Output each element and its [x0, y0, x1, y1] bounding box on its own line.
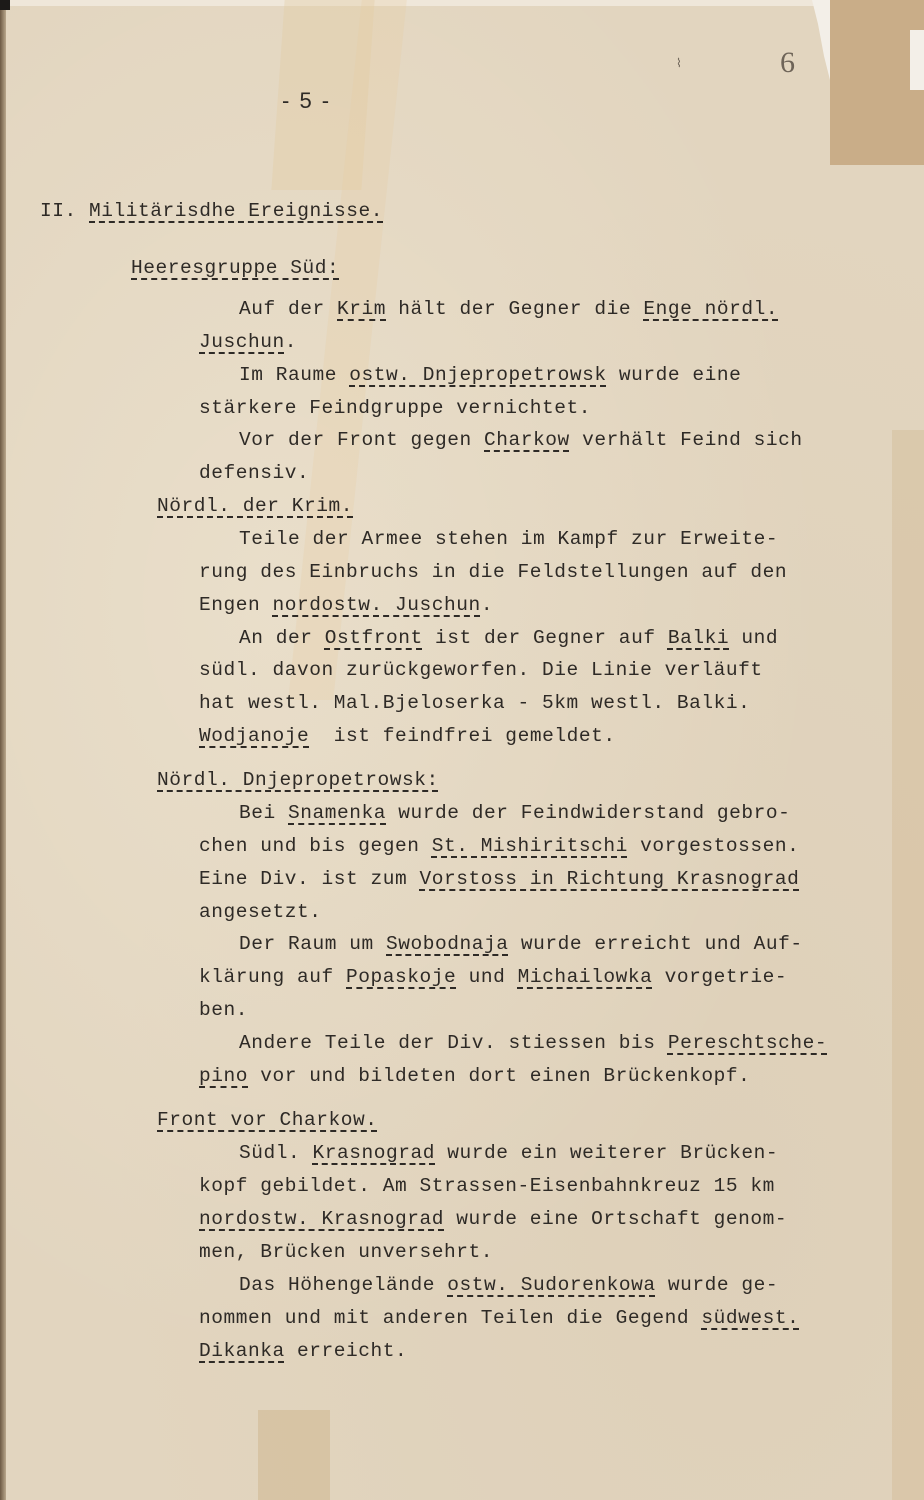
binding-edge — [0, 0, 6, 1500]
text-line: men, Brücken unversehrt. — [199, 1240, 493, 1264]
text-line: hat westl. Mal.Bjeloserka - 5km westl. B… — [199, 691, 750, 715]
text-line: Der Raum um Swobodnaja wurde erreicht un… — [239, 932, 803, 956]
tape-repair — [892, 430, 924, 1500]
text-line: nommen und mit anderen Teilen die Gegend… — [199, 1306, 799, 1330]
text-segment: hält der Gegner die — [386, 298, 643, 320]
text-line: Teile der Armee stehen im Kampf zur Erwe… — [239, 527, 778, 551]
text-line: Auf der Krim hält der Gegner die Enge nö… — [239, 297, 778, 321]
text-line: chen und bis gegen St. Mishiritschi vorg… — [199, 834, 799, 858]
text-segment: Vor der Front gegen — [239, 429, 484, 451]
underlined-text: Wodjanoje — [199, 725, 309, 747]
text-segment: men, Brücken unversehrt. — [199, 1241, 493, 1263]
text-segment: wurde eine Ortschaft genom- — [444, 1208, 787, 1230]
underlined-text: Nördl. Dnjepropetrowsk: — [157, 769, 439, 791]
text-line: An der Ostfront ist der Gegner auf Balki… — [239, 626, 778, 650]
underlined-text: Krasnograd — [313, 1142, 436, 1164]
underlined-text: Krim — [337, 298, 386, 320]
section-number: II. — [40, 200, 89, 222]
text-segment: und — [729, 627, 778, 649]
underlined-text: südwest. — [701, 1307, 799, 1329]
underlined-text: nordostw. Krasnograd — [199, 1208, 444, 1230]
text-segment: Andere Teile der Div. stiessen bis — [239, 1032, 668, 1054]
text-segment: erreicht. — [285, 1340, 408, 1362]
text-line: nordostw. Krasnograd wurde eine Ortschaf… — [199, 1207, 787, 1231]
torn-paper-edge — [910, 30, 924, 90]
page-top-edge — [0, 0, 924, 6]
text-line: Engen nordostw. Juschun. — [199, 593, 493, 617]
text-segment: vorgetrie- — [652, 966, 787, 988]
text-line: Im Raume ostw. Dnjepropetrowsk wurde ein… — [239, 363, 741, 387]
text-segment: südl. davon zurückgeworfen. Die Linie ve… — [199, 659, 763, 681]
text-line: Heeresgruppe Süd: — [131, 256, 339, 280]
underlined-text: ostw. Dnjepropetrowsk — [349, 364, 606, 386]
underlined-text: Dikanka — [199, 1340, 285, 1362]
underlined-text: St. Mishiritschi — [432, 835, 628, 857]
text-segment: Auf der — [239, 298, 337, 320]
text-line: Südl. Krasnograd wurde ein weiterer Brüc… — [239, 1141, 778, 1165]
text-segment: . — [481, 594, 493, 616]
underlined-text: Charkow — [484, 429, 570, 451]
archive-page-number: 6 — [780, 46, 795, 80]
text-segment: ist der Gegner auf — [423, 627, 668, 649]
page-number: - 5 - — [282, 88, 331, 114]
text-segment: wurde eine — [607, 364, 742, 386]
underlined-text: Enge nördl. — [643, 298, 778, 320]
text-line: kopf gebildet. Am Strassen-Eisenbahnkreu… — [199, 1174, 775, 1198]
text-segment: wurde der Feindwiderstand gebro- — [386, 802, 790, 824]
text-segment: und — [456, 966, 517, 988]
text-segment: verhält Feind sich — [570, 429, 803, 451]
text-segment: stärkere Feindgruppe vernichtet. — [199, 397, 591, 419]
text-segment: Der Raum um — [239, 933, 386, 955]
underlined-text: ostw. Sudorenkowa — [447, 1274, 655, 1296]
underlined-text: Juschun — [199, 331, 285, 353]
underlined-text: Heeresgruppe Süd: — [131, 257, 339, 279]
text-segment: Im Raume — [239, 364, 349, 386]
text-segment: rung des Einbruchs in die Feldstellungen… — [199, 561, 787, 583]
underlined-text: Michailowka — [518, 966, 653, 988]
underlined-text: Vorstoss in Richtung Krasnograd — [420, 868, 800, 890]
text-line: Nördl. Dnjepropetrowsk: — [157, 768, 439, 792]
underlined-text: nordostw. Juschun — [273, 594, 481, 616]
text-segment: ben. — [199, 999, 248, 1021]
underlined-text: Snamenka — [288, 802, 386, 824]
underlined-text: pino — [199, 1065, 248, 1087]
text-line: südl. davon zurückgeworfen. Die Linie ve… — [199, 658, 763, 682]
text-line: Eine Div. ist zum Vorstoss in Richtung K… — [199, 867, 799, 891]
underlined-text: Front vor Charkow. — [157, 1109, 378, 1131]
text-segment: Bei — [239, 802, 288, 824]
text-segment: ist feindfrei gemeldet. — [309, 725, 615, 747]
text-segment: Engen — [199, 594, 273, 616]
text-line: ben. — [199, 998, 248, 1022]
document-page: - 5 - ⌇ 6 II. Militärisdhe Ereignisse. H… — [0, 0, 924, 1500]
underlined-text: Nördl. der Krim. — [157, 495, 353, 517]
text-line: Nördl. der Krim. — [157, 494, 353, 518]
torn-paper-edge — [800, 0, 830, 80]
underlined-text: Popaskoje — [346, 966, 456, 988]
text-segment: wurde ein weiterer Brücken- — [435, 1142, 778, 1164]
underlined-text: Pereschtsche- — [668, 1032, 827, 1054]
text-line: Das Höhengelände ostw. Sudorenkowa wurde… — [239, 1273, 778, 1297]
text-segment: An der — [239, 627, 325, 649]
text-segment: kopf gebildet. Am Strassen-Eisenbahnkreu… — [199, 1175, 775, 1197]
text-segment: klärung auf — [199, 966, 346, 988]
ink-mark: ⌇ — [676, 56, 682, 71]
text-segment: hat westl. Mal.Bjeloserka - 5km westl. B… — [199, 692, 750, 714]
text-segment: wurde erreicht und Auf- — [509, 933, 803, 955]
text-segment: Das Höhengelände — [239, 1274, 447, 1296]
text-line: rung des Einbruchs in die Feldstellungen… — [199, 560, 787, 584]
text-segment: chen und bis gegen — [199, 835, 432, 857]
text-line: stärkere Feindgruppe vernichtet. — [199, 396, 591, 420]
text-segment: Eine Div. ist zum — [199, 868, 420, 890]
text-segment: . — [285, 331, 297, 353]
text-segment: Teile der Armee stehen im Kampf zur Erwe… — [239, 528, 778, 550]
text-line: klärung auf Popaskoje und Michailowka vo… — [199, 965, 787, 989]
text-segment: Südl. — [239, 1142, 313, 1164]
text-line: Front vor Charkow. — [157, 1108, 378, 1132]
section-title: Militärisdhe Ereignisse. — [89, 200, 383, 222]
text-line: Dikanka erreicht. — [199, 1339, 407, 1363]
text-line: Andere Teile der Div. stiessen bis Peres… — [239, 1031, 827, 1055]
text-line: defensiv. — [199, 461, 309, 485]
text-line: pino vor und bildeten dort einen Brücken… — [199, 1064, 750, 1088]
text-segment: vor und bildeten dort einen Brückenkopf. — [248, 1065, 750, 1087]
tape-repair — [258, 1410, 330, 1500]
binding-corner — [0, 0, 10, 10]
underlined-text: Balki — [668, 627, 729, 649]
text-segment: defensiv. — [199, 462, 309, 484]
text-line: Vor der Front gegen Charkow verhält Fein… — [239, 428, 803, 452]
text-segment: vorgestossen. — [628, 835, 800, 857]
text-segment: wurde ge- — [656, 1274, 779, 1296]
text-segment: angesetzt. — [199, 901, 322, 923]
text-line: Wodjanoje ist feindfrei gemeldet. — [199, 724, 616, 748]
text-segment: nommen und mit anderen Teilen die Gegend — [199, 1307, 701, 1329]
underlined-text: Ostfront — [325, 627, 423, 649]
text-line: Juschun. — [199, 330, 297, 354]
text-line: Bei Snamenka wurde der Feindwiderstand g… — [239, 801, 790, 825]
section-heading: II. Militärisdhe Ereignisse. — [40, 199, 383, 223]
text-line: angesetzt. — [199, 900, 322, 924]
underlined-text: Swobodnaja — [386, 933, 509, 955]
